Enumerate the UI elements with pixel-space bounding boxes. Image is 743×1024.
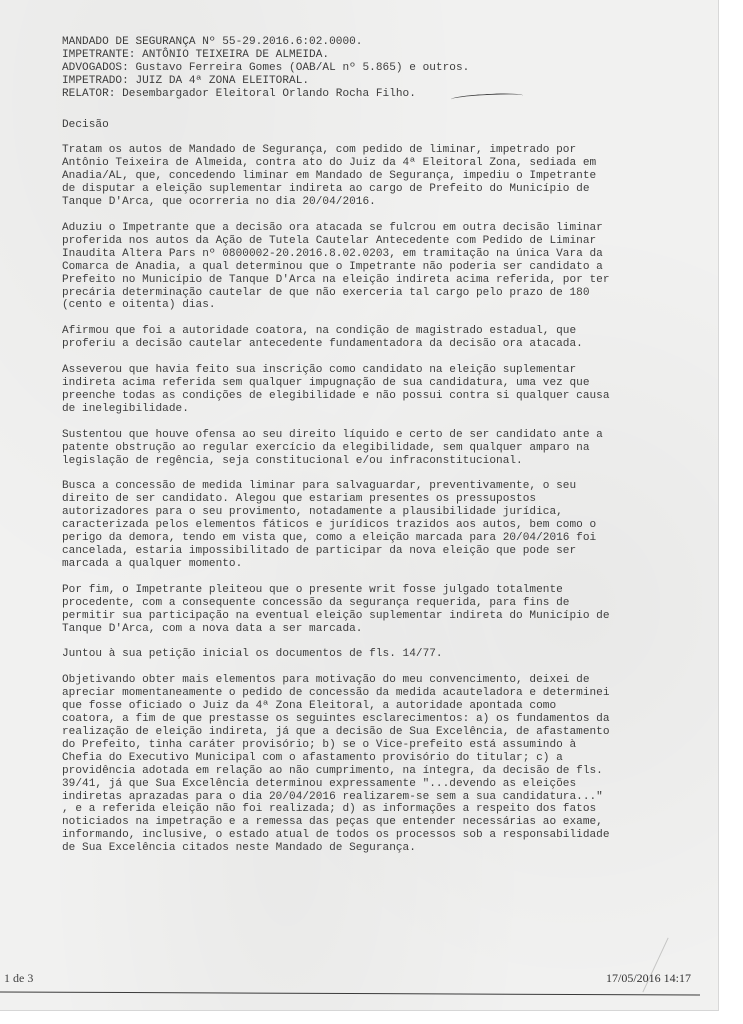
text-line: Sustentou que houve ofensa ao seu direit… bbox=[62, 429, 682, 442]
text-line: de Sua Excelência citados neste Mandado … bbox=[62, 842, 682, 855]
text-line: preenche todas as condições de elegibili… bbox=[62, 390, 682, 403]
text-line: Antônio Teixeira de Almeida, contra ato … bbox=[62, 157, 682, 170]
text-line: patente obstrução ao regular exercício d… bbox=[62, 442, 682, 455]
text-line: de inelegibilidade. bbox=[62, 403, 682, 416]
paragraph: Objetivando obter mais elementos para mo… bbox=[62, 674, 682, 855]
paragraph: Busca a concessão de medida liminar para… bbox=[62, 480, 682, 570]
text-line: autorizadores para o seu provimento, not… bbox=[62, 506, 682, 519]
case-number: MANDADO DE SEGURANÇA Nº 55-29.2016.6:02.… bbox=[62, 36, 682, 49]
text-line: cancelada, estaria impossibilitado de pa… bbox=[62, 545, 682, 558]
paragraph: Juntou à sua petição inicial os document… bbox=[62, 648, 682, 661]
text-line: Objetivando obter mais elementos para mo… bbox=[62, 674, 682, 687]
text-line: permitir sua participação na eventual el… bbox=[62, 610, 682, 623]
text-line: procedente, com a consequente concessão … bbox=[62, 597, 682, 610]
print-timestamp: 17/05/2016 14:17 bbox=[606, 971, 691, 986]
text-line: noticiados na impetração e a remessa das… bbox=[62, 816, 682, 829]
lawyers: ADVOGADOS: Gustavo Ferreira Gomes (OAB/A… bbox=[62, 62, 682, 75]
text-line: indiretas aprazadas para o dia 20/04/201… bbox=[62, 791, 682, 804]
paragraph: Por fim, o Impetrante pleiteou que o pre… bbox=[62, 584, 682, 636]
text-line: proferiu a decisão cautelar antecedente … bbox=[62, 338, 682, 351]
text-line: (cento e oitenta) dias. bbox=[62, 299, 682, 312]
decision-paragraphs: Tratam os autos de Mandado de Segurança,… bbox=[62, 144, 682, 855]
text-line: 39/41, já que Sua Excelência determinou … bbox=[62, 778, 682, 791]
text-line: proferida nos autos da Ação de Tutela Ca… bbox=[62, 235, 682, 248]
text-line: perigo da demora, tendo em vista que, co… bbox=[62, 532, 682, 545]
text-line: que fosse oficiado o Juiz da 4ª Zona Ele… bbox=[62, 700, 682, 713]
paragraph: Tratam os autos de Mandado de Segurança,… bbox=[62, 144, 682, 209]
text-line: Inaudita Altera Pars nº 0800002-20.2016.… bbox=[62, 248, 682, 261]
text-line: , e a referida eleição não foi realizada… bbox=[62, 803, 682, 816]
footer-rule bbox=[0, 991, 700, 995]
case-header: MANDADO DE SEGURANÇA Nº 55-29.2016.6:02.… bbox=[62, 36, 682, 101]
text-line: legislação de regência, seja constitucio… bbox=[62, 455, 682, 468]
paragraph: Asseverou que havia feito sua inscrição … bbox=[62, 364, 682, 416]
text-line: apreciar momentaneamente o pedido de con… bbox=[62, 687, 682, 700]
text-line: providência adotada em relação ao não cu… bbox=[62, 765, 682, 778]
paragraph: Aduziu o Impetrante que a decisão ora at… bbox=[62, 222, 682, 312]
text-line: Busca a concessão de medida liminar para… bbox=[62, 480, 682, 493]
text-line: Tanque D'Arca, que ocorreria no dia 20/0… bbox=[62, 196, 682, 209]
paragraph: Sustentou que houve ofensa ao seu direit… bbox=[62, 429, 682, 468]
text-line: caracterizada pelos elementos fáticos e … bbox=[62, 519, 682, 532]
text-line: precária determinação cautelar de que nã… bbox=[62, 287, 682, 300]
text-line: Por fim, o Impetrante pleiteou que o pre… bbox=[62, 584, 682, 597]
text-line: do Prefeito, tinha caráter provisório; b… bbox=[62, 739, 682, 752]
text-line: Comarca de Anadia, a qual determinou que… bbox=[62, 261, 682, 274]
text-line: informando, inclusive, o estado atual de… bbox=[62, 829, 682, 842]
text-line: Tratam os autos de Mandado de Segurança,… bbox=[62, 144, 682, 157]
petitioner: IMPETRANTE: ANTÔNIO TEIXEIRA DE ALMEIDA. bbox=[62, 49, 682, 62]
document-body: MANDADO DE SEGURANÇA Nº 55-29.2016.6:02.… bbox=[62, 36, 682, 855]
text-line: Juntou à sua petição inicial os document… bbox=[62, 648, 682, 661]
text-line: realização de eleição indireta, já que a… bbox=[62, 726, 682, 739]
text-line: Asseverou que havia feito sua inscrição … bbox=[62, 364, 682, 377]
text-line: Tanque D'Arca, com a nova data a ser mar… bbox=[62, 623, 682, 636]
text-line: Anadia/AL, que, concedendo liminar em Ma… bbox=[62, 170, 682, 183]
text-line: indireta acima referida sem qualquer imp… bbox=[62, 377, 682, 390]
text-line: Chefia do Executivo Municipal com o afas… bbox=[62, 752, 682, 765]
decision-title: Decisão bbox=[62, 119, 682, 132]
text-line: direito de ser candidato. Alegou que est… bbox=[62, 493, 682, 506]
text-line: de disputar a eleição suplementar indire… bbox=[62, 183, 682, 196]
scanned-page: MANDADO DE SEGURANÇA Nº 55-29.2016.6:02.… bbox=[0, 0, 719, 1011]
page-counter: 1 de 3 bbox=[4, 971, 33, 986]
text-line: marcada a qualquer momento. bbox=[62, 558, 682, 571]
rapporteur: RELATOR: Desembargador Eleitoral Orlando… bbox=[62, 88, 682, 101]
text-line: Afirmou que foi a autoridade coatora, na… bbox=[62, 325, 682, 338]
text-line: Aduziu o Impetrante que a decisão ora at… bbox=[62, 222, 682, 235]
paragraph: Afirmou que foi a autoridade coatora, na… bbox=[62, 325, 682, 351]
respondent: IMPETRADO: JUIZ DA 4ª ZONA ELEITORAL. bbox=[62, 75, 682, 88]
text-line: Prefeito no Município de Tanque D'Arca n… bbox=[62, 274, 682, 287]
text-line: coatora, a fim de que prestasse os segui… bbox=[62, 713, 682, 726]
